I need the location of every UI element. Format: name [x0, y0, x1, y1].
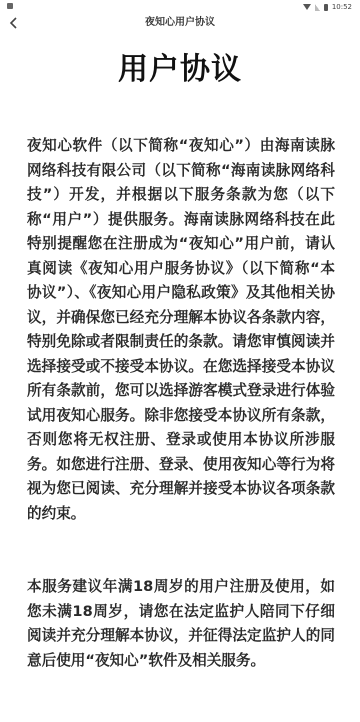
app-header: 夜知心用户协议 — [0, 12, 360, 34]
status-time: 10:52 — [332, 3, 352, 11]
agreement-paragraph-2: 本服务建议年满18周岁的用户注册及使用，如您未满18周岁，请您在法定监护人陪同下… — [27, 575, 335, 600]
battery-icon — [324, 4, 328, 11]
header-title: 夜知心用户协议 — [0, 12, 360, 34]
status-right-group: 10:52 — [303, 2, 352, 12]
page-title: 用户协议 — [0, 50, 360, 90]
agreement-body: 夜知心软件（以下简称“夜知心”）由海南读脉网络科技有限公司（以下简称“海南读脉网… — [27, 134, 335, 600]
wifi-icon — [303, 4, 311, 10]
notification-icon — [7, 3, 13, 9]
agreement-paragraph-1: 夜知心软件（以下简称“夜知心”）由海南读脉网络科技有限公司（以下简称“海南读脉网… — [27, 134, 335, 526]
signal-icon — [315, 4, 320, 11]
